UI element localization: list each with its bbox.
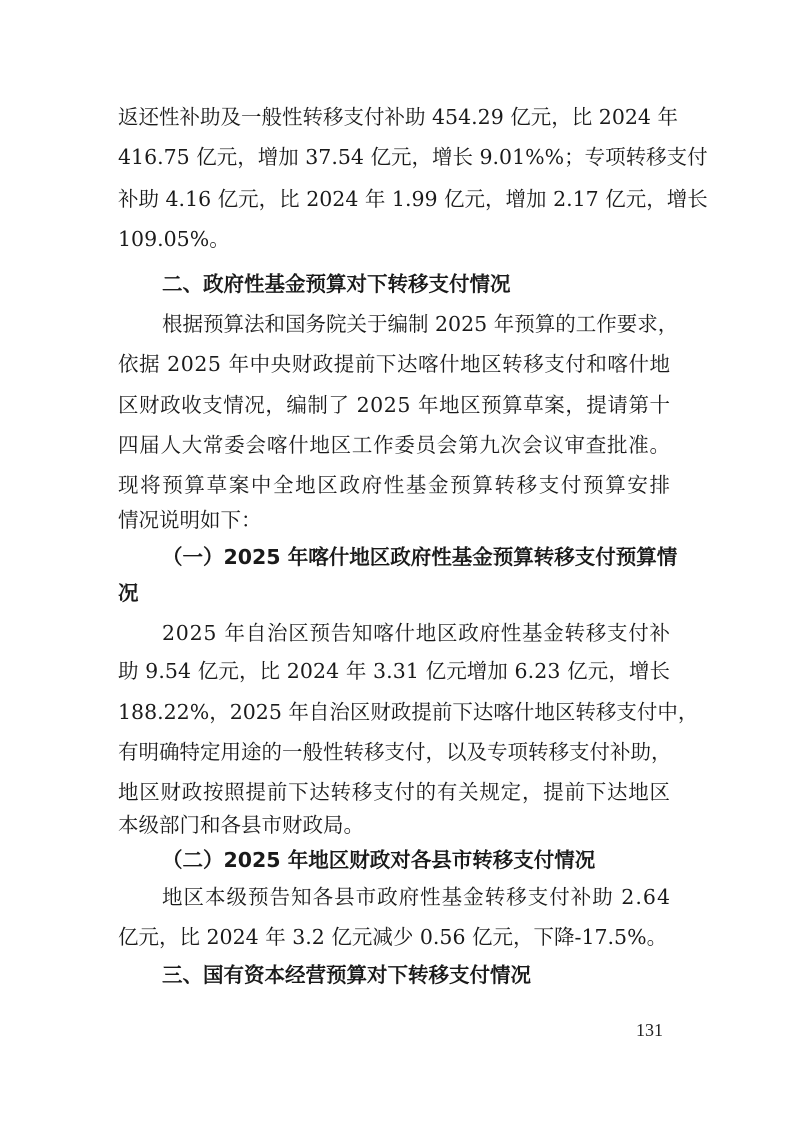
- page-number: 131: [636, 1020, 663, 1041]
- paragraph-line: 109.05%。: [118, 224, 670, 254]
- line-text: 依据 2025 年中央财政提前下达喀什地区转移支付和喀什地: [118, 349, 671, 379]
- paragraph-line: 根据预算法和国务院关于编制 2025 年预算的工作要求，: [162, 309, 670, 339]
- line-text: 2025 年自治区预告知喀什地区政府性基金转移支付补: [162, 618, 671, 648]
- line-text: 188.22%，2025 年自治区财政提前下达喀什地区转移支付中，: [118, 697, 698, 727]
- line-text: 补助 4.16 亿元，比 2024 年 1.99 亿元，增加 2.17 亿元，增…: [118, 184, 708, 214]
- paragraph-line: 地区本级预告知各县市政府性基金转移支付补助 2.64: [162, 882, 670, 912]
- line-text: 区财政收支情况，编制了 2025 年地区预算草案，提请第十: [118, 390, 671, 420]
- paragraph-line: 情况说明如下：: [118, 505, 670, 535]
- line-text: 地区本级预告知各县市政府性基金转移支付补助 2.64: [162, 882, 671, 912]
- paragraph-line: 地区财政按照提前下达转移支付的有关规定，提前下达地区: [118, 777, 670, 807]
- line-text: 情况说明如下：: [118, 505, 262, 535]
- paragraph-line: 四届人大常委会喀什地区工作委员会第九次会议审查批准。: [118, 430, 670, 460]
- section-heading-2: 二、政府性基金预算对下转移支付情况: [162, 269, 511, 299]
- line-text: 返还性补助及一般性转移支付补助 454.29 亿元，比 2024 年: [118, 102, 678, 132]
- line-text: 四届人大常委会喀什地区工作委员会第九次会议审查批准。: [118, 430, 671, 460]
- line-text: 109.05%。: [118, 224, 230, 254]
- subsection-heading-1-cont: 况: [118, 578, 139, 608]
- paragraph-line: 现将预算草案中全地区政府性基金预算转移支付预算安排: [118, 470, 670, 500]
- paragraph-line: 2025 年自治区预告知喀什地区政府性基金转移支付补: [162, 618, 670, 648]
- paragraph-line: 补助 4.16 亿元，比 2024 年 1.99 亿元，增加 2.17 亿元，增…: [118, 184, 670, 214]
- line-text: 地区财政按照提前下达转移支付的有关规定，提前下达地区: [118, 777, 671, 807]
- paragraph-line: 416.75 亿元，增加 37.54 亿元，增长 9.01%%；专项转移支付: [118, 142, 670, 172]
- paragraph-line: 助 9.54 亿元，比 2024 年 3.31 亿元增加 6.23 亿元，增长: [118, 656, 670, 686]
- paragraph-line: 返还性补助及一般性转移支付补助 454.29 亿元，比 2024 年: [118, 102, 670, 132]
- paragraph-line: 188.22%，2025 年自治区财政提前下达喀什地区转移支付中，: [118, 697, 670, 727]
- paragraph-line: 亿元，比 2024 年 3.2 亿元减少 0.56 亿元，下降-17.5%。: [118, 922, 670, 952]
- line-text: 根据预算法和国务院关于编制 2025 年预算的工作要求，: [162, 309, 678, 339]
- line-text: 助 9.54 亿元，比 2024 年 3.31 亿元增加 6.23 亿元，增长: [118, 656, 670, 686]
- section-heading-3: 三、国有资本经营预算对下转移支付情况: [162, 960, 531, 990]
- line-text: 亿元，比 2024 年 3.2 亿元减少 0.56 亿元，下降-17.5%。: [118, 922, 667, 952]
- paragraph-line: 本级部门和各县市财政局。: [118, 810, 670, 840]
- paragraph-line: 区财政收支情况，编制了 2025 年地区预算草案，提请第十: [118, 390, 670, 420]
- line-text: 本级部门和各县市财政局。: [118, 810, 364, 840]
- line-text: 416.75 亿元，增加 37.54 亿元，增长 9.01%%；专项转移支付: [118, 142, 708, 172]
- subsection-heading-2: （二）2025 年地区财政对各县市转移支付情况: [162, 845, 595, 875]
- paragraph-line: 有明确特定用途的一般性转移支付，以及专项转移支付补助，: [118, 737, 670, 767]
- subsection-heading-1: （一）2025 年喀什地区政府性基金预算转移支付预算情: [162, 542, 677, 572]
- paragraph-line: 依据 2025 年中央财政提前下达喀什地区转移支付和喀什地: [118, 349, 670, 379]
- line-text: 现将预算草案中全地区政府性基金预算转移支付预算安排: [118, 470, 672, 500]
- line-text: 有明确特定用途的一般性转移支付，以及专项转移支付补助，: [118, 737, 672, 767]
